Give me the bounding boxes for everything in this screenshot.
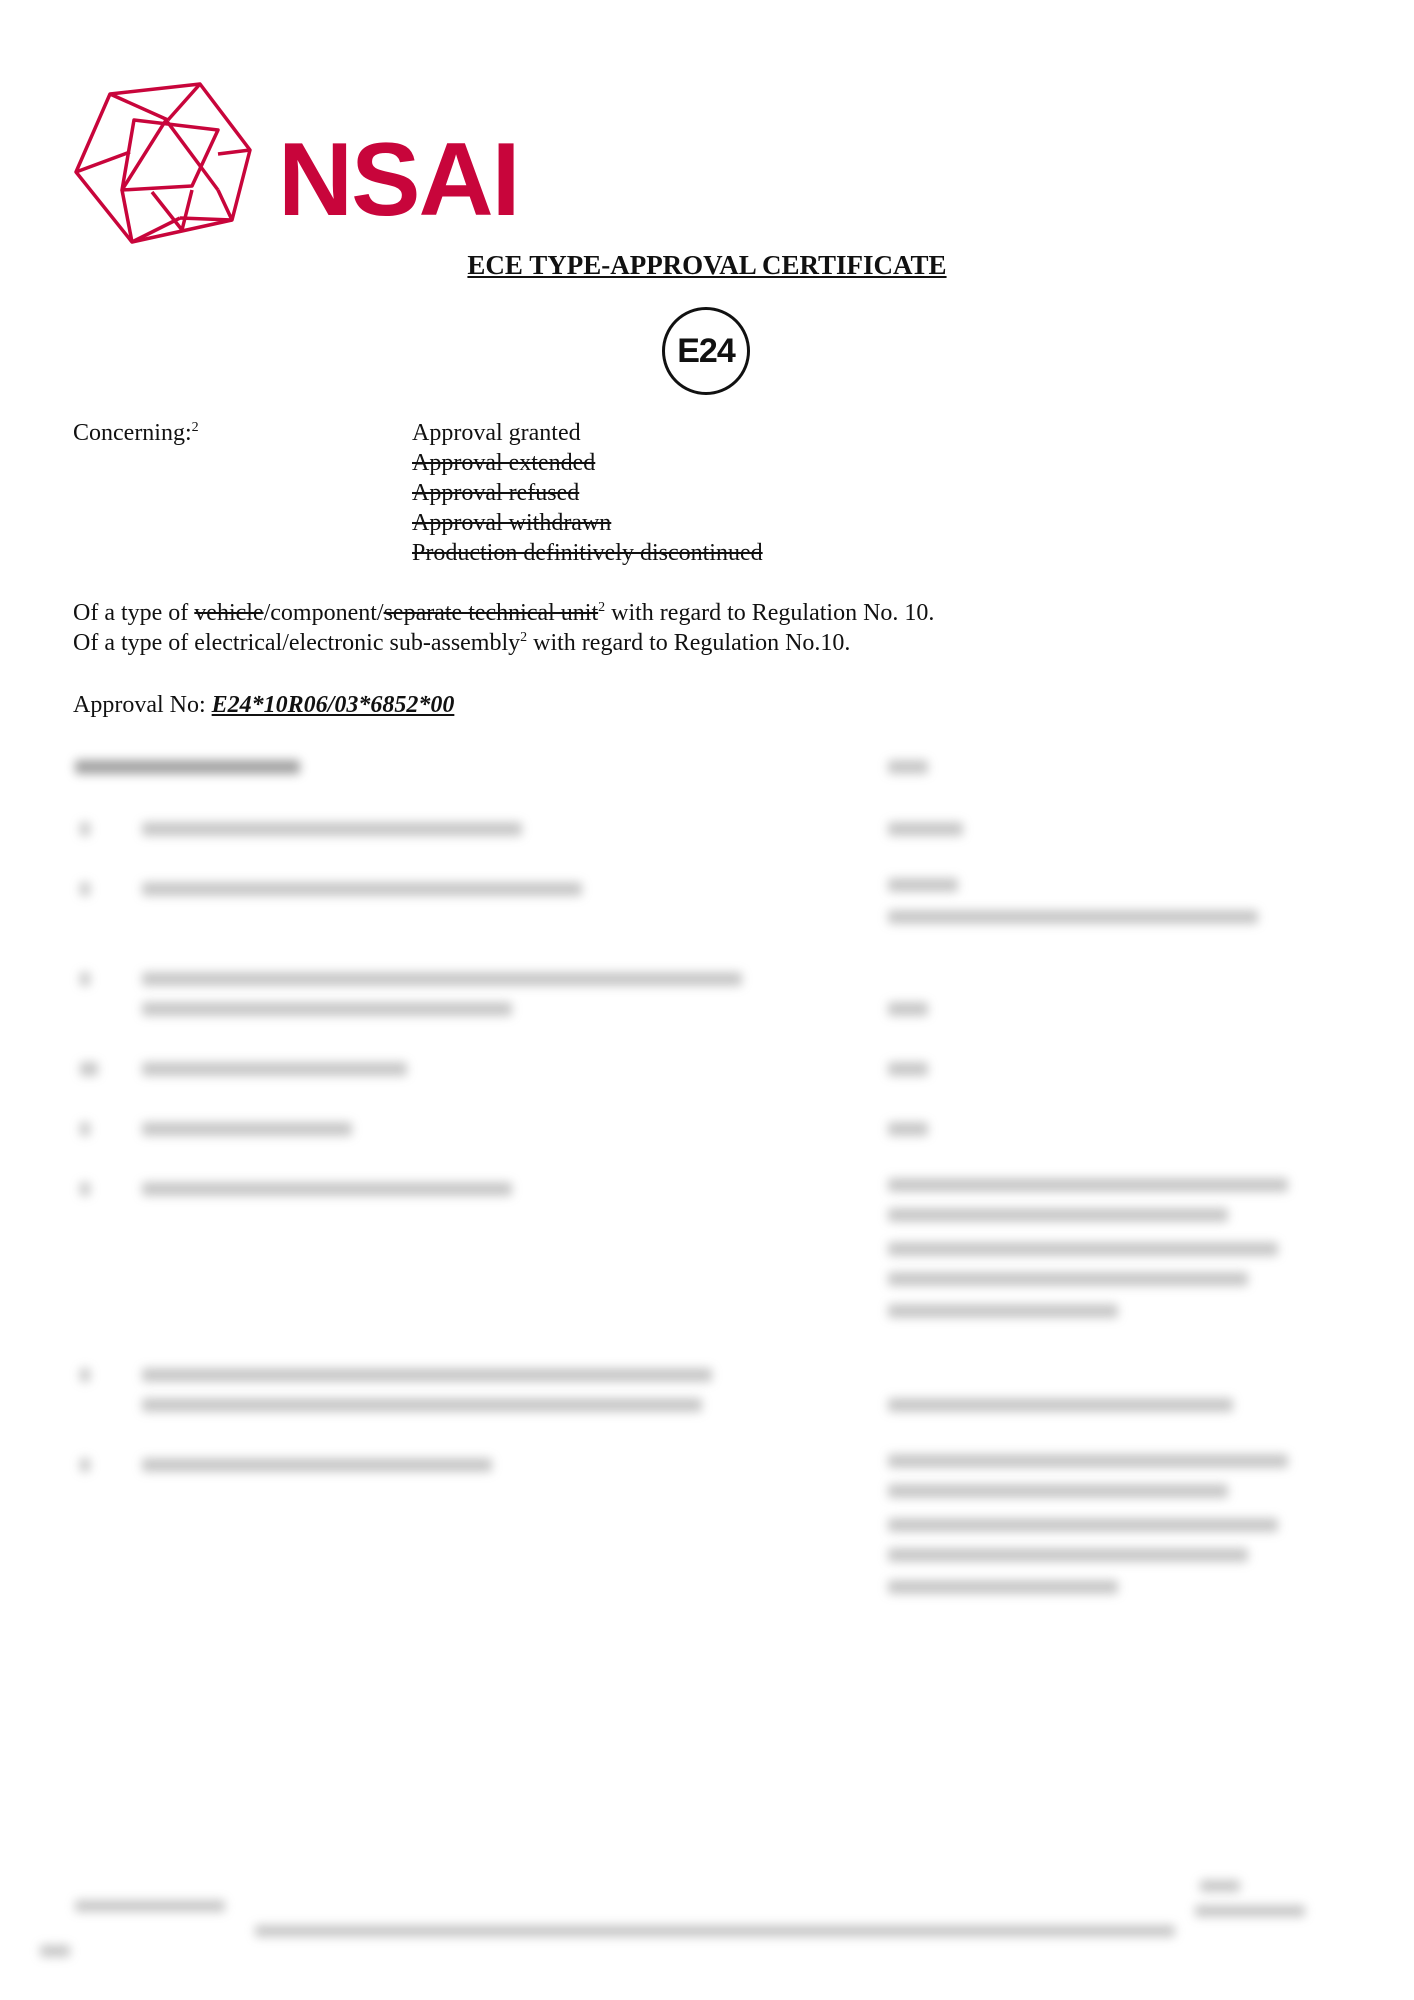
brand-wordmark: NSAI [278,128,518,232]
concerning-options: Approval granted Approval extended Appro… [412,418,763,568]
approval-number: Approval No: E24*10R06/03*6852*00 [73,690,454,720]
approval-mark-badge: E24 [662,307,750,395]
option-approval-extended: Approval extended [412,448,763,478]
option-approval-withdrawn: Approval withdrawn [412,508,763,538]
nsai-logo-icon [72,80,262,250]
page-title: ECE TYPE-APPROVAL CERTIFICATE [0,250,1414,281]
type-line-component: Of a type of vehicle/component/separate … [73,598,934,628]
option-approval-refused: Approval refused [412,478,763,508]
concerning-label: Concerning:2 [73,418,199,448]
option-approval-granted: Approval granted [412,418,763,448]
option-production-discontinued: Production definitively discontinued [412,538,763,568]
type-line-esa: Of a type of electrical/electronic sub-a… [73,628,850,658]
